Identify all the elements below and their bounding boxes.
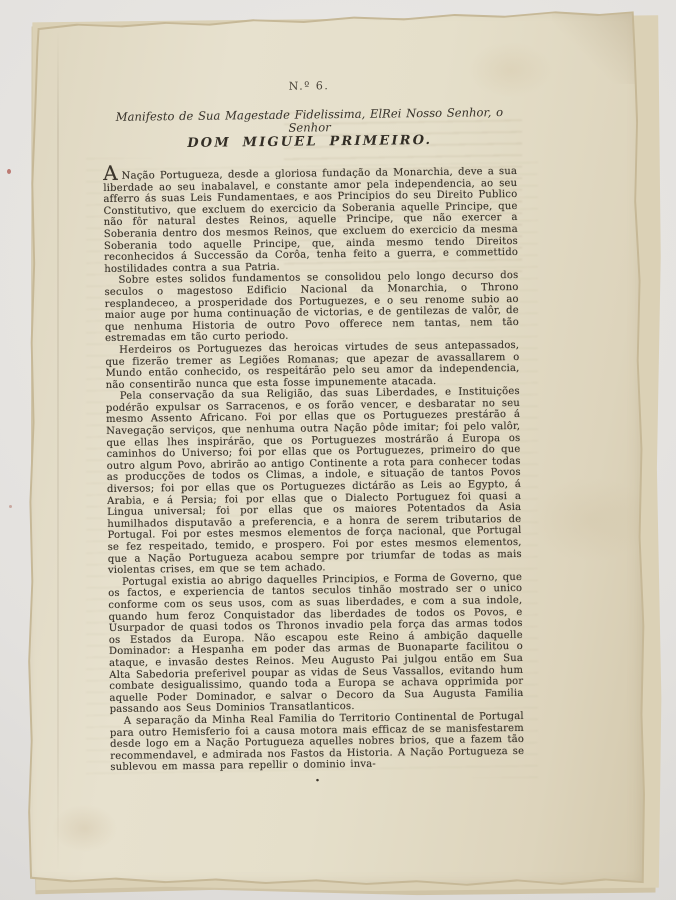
page-number: N.º 6. [102, 77, 516, 95]
body-paragraph: Sobre estes solidos fundamentos se conso… [104, 270, 519, 345]
pink-speck [9, 505, 12, 508]
drop-cap-initial: A [103, 161, 119, 185]
red-speck [7, 169, 11, 174]
printed-text-block: N.º 6. Manifesto de Sua Magestade Fideli… [102, 77, 525, 789]
corner-fold [552, 8, 648, 84]
body-paragraph: ANação Portugueza, desde a gloriosa fund… [103, 162, 518, 275]
manifesto-sheet: N.º 6. Manifesto de Sua Magestade Fideli… [20, 6, 650, 892]
body-paragraph: Herdeiros os Portuguezes das heroicas vi… [105, 340, 520, 391]
signature-mark: • [111, 774, 525, 789]
body-paragraph: A separação da Minha Real Familia do Ter… [110, 711, 525, 774]
paragraph-text: Nação Portugueza, desde a gloriosa funda… [103, 166, 518, 275]
photo-background: { "photo": { "background_color": "#e3e1d… [0, 0, 676, 900]
manifesto-heading: Manifesto de Sua Magestade Fidelissima, … [102, 106, 516, 137]
body-paragraph: Portugal existia ao abrigo daquelles Pri… [108, 572, 524, 716]
vertical-crease [57, 30, 59, 872]
paper-surface: N.º 6. Manifesto de Sua Magestade Fideli… [22, 8, 648, 890]
body-paragraph: Pela conservação da sua Religião, das su… [106, 386, 522, 577]
